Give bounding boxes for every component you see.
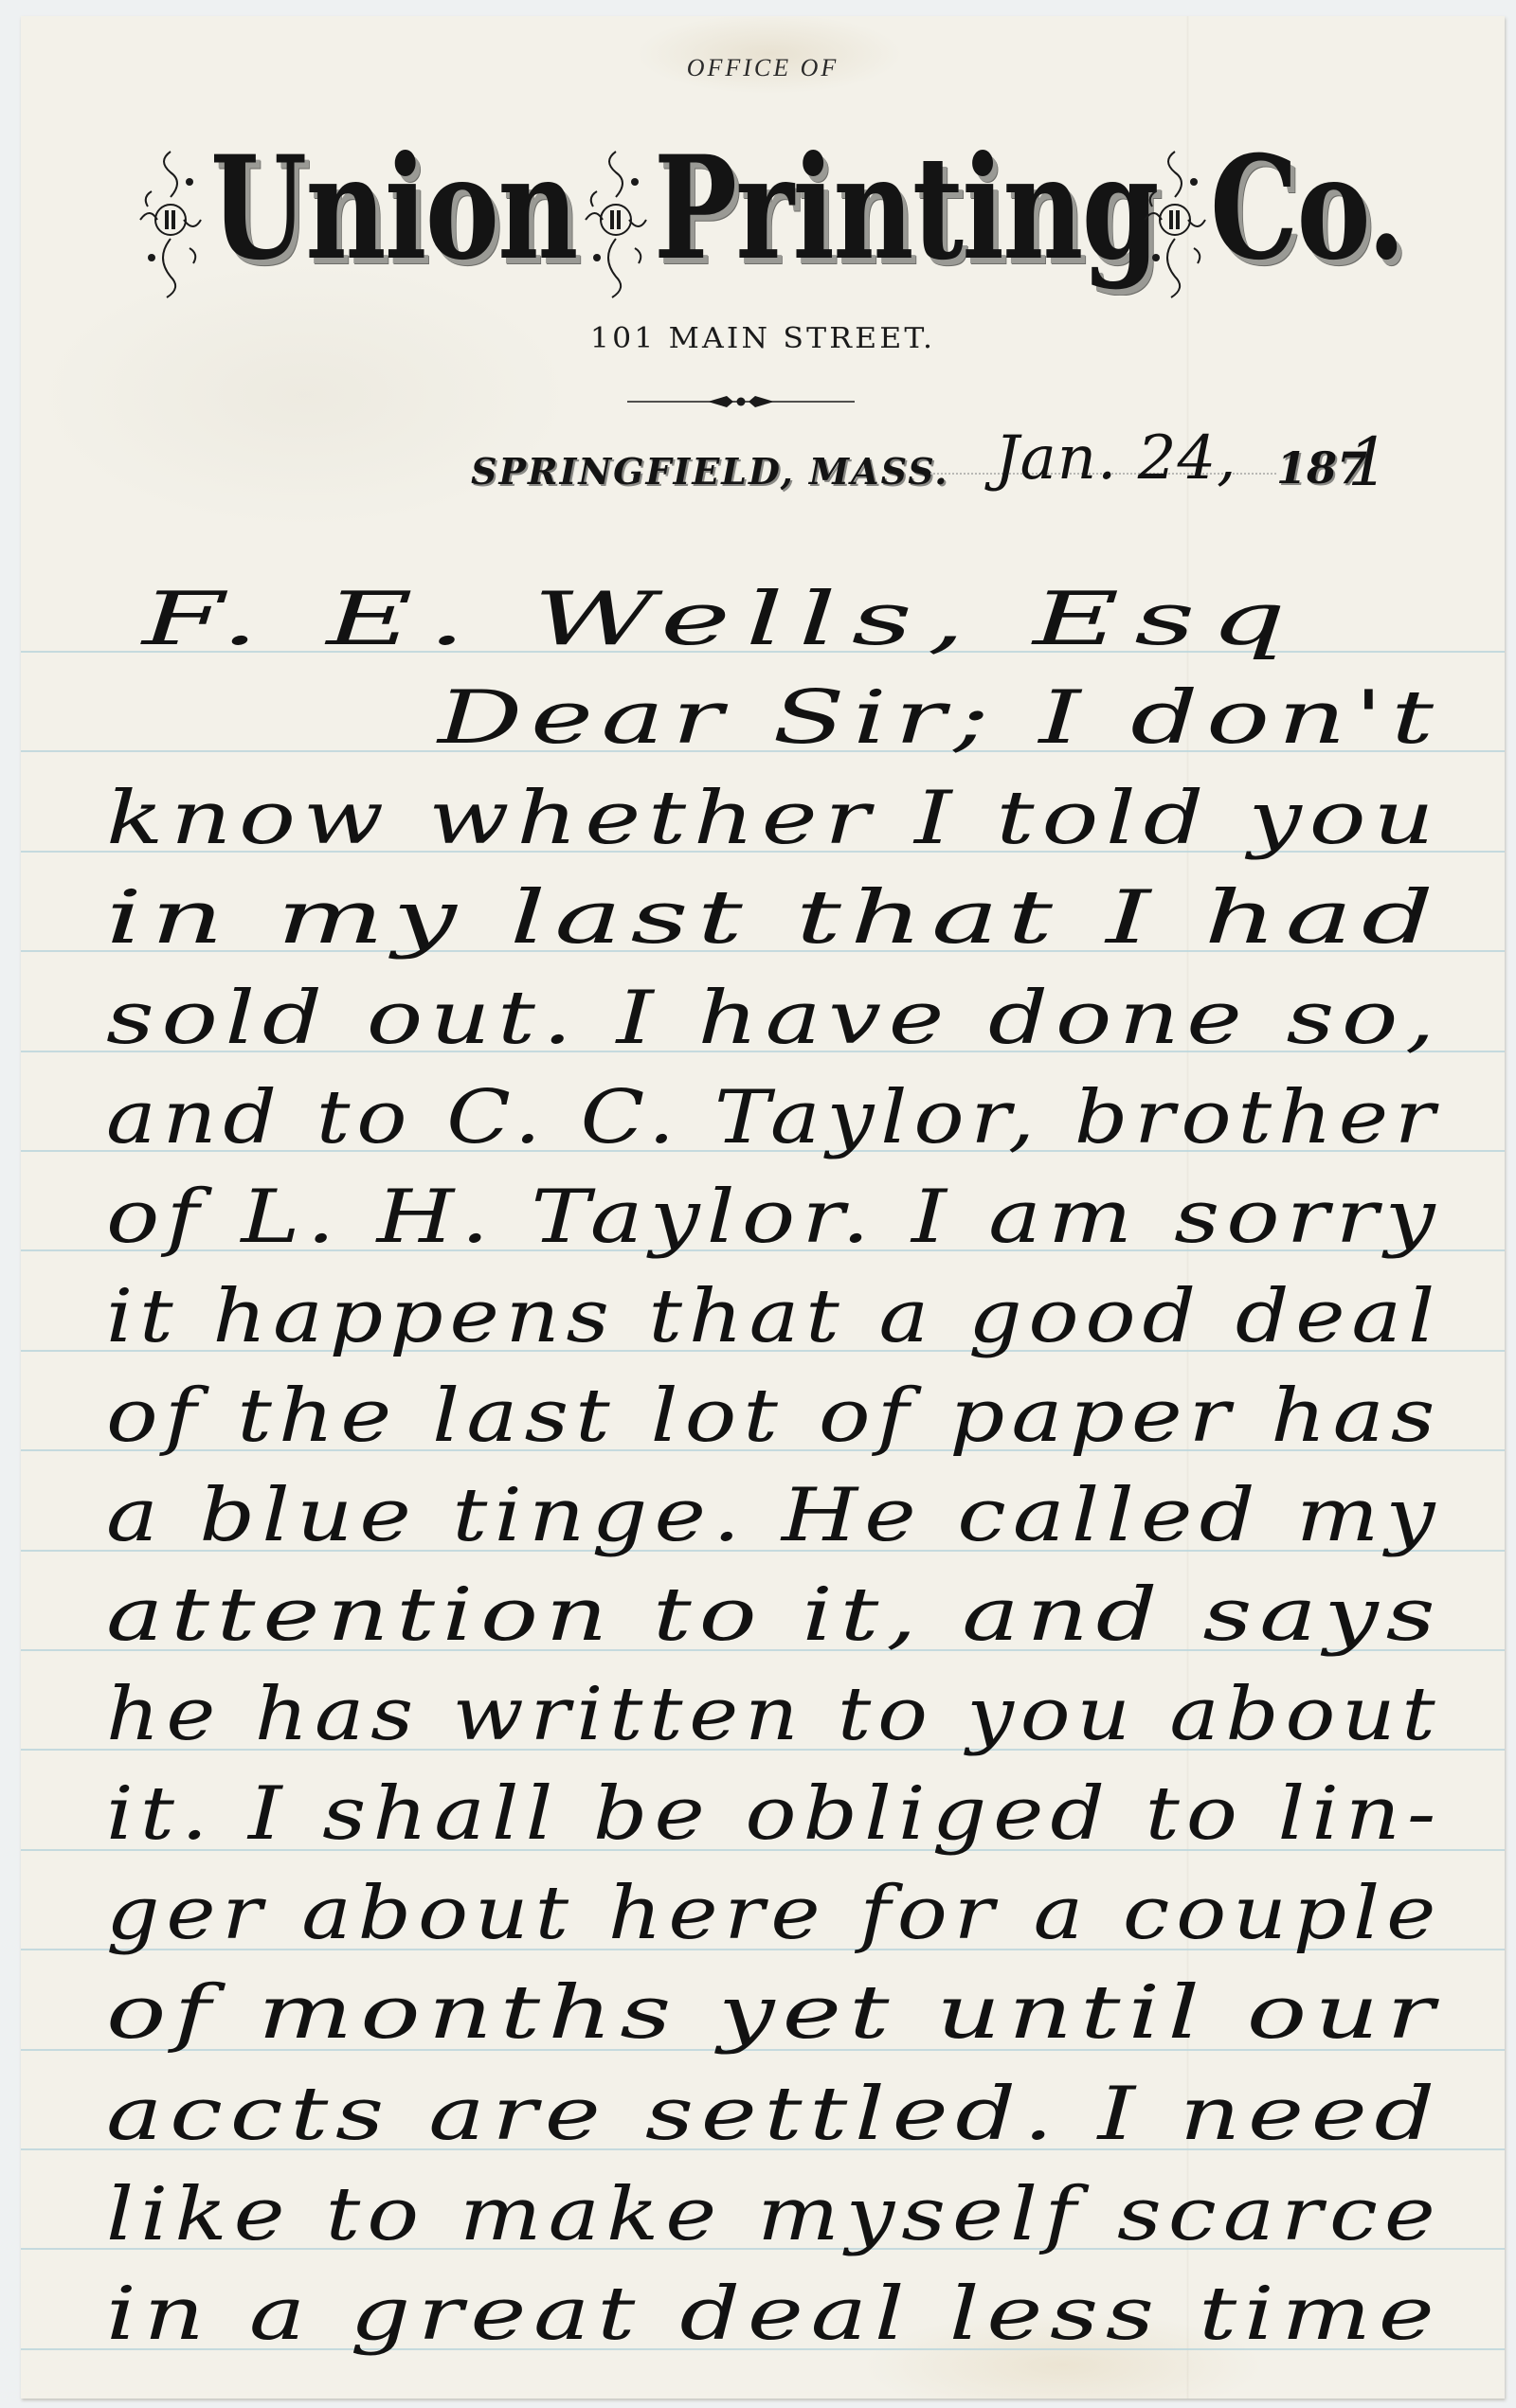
diamond-dot-divider-icon — [627, 393, 855, 410]
handwritten-year-digit: 1 — [1347, 423, 1391, 501]
letterhead-office-of: OFFICE OF — [21, 54, 1505, 82]
letter-line: sold out. I have done so, — [106, 976, 1442, 1061]
flourish-ornament-icon — [578, 144, 654, 300]
letter-line: know whether I told you — [106, 776, 1441, 861]
recipient-name: F. E. Wells, Esq — [142, 577, 1301, 662]
flourish-ornament-icon — [1137, 144, 1213, 300]
letter-line: a blue tinge. He called my — [106, 1473, 1442, 1558]
letter-line: of L. H. Taylor. I am sorry — [106, 1175, 1442, 1260]
letter-line: Dear Sir; I don't — [438, 675, 1442, 761]
company-name-co: Co. — [1210, 118, 1404, 298]
letterhead-address: 101 MAIN STREET. — [21, 322, 1505, 355]
handwritten-date: Jan. 24, — [995, 423, 1237, 494]
letter-line: it. I shall be obliged to lin- — [106, 1771, 1442, 1857]
letter-line: of the last lot of paper has — [106, 1374, 1441, 1459]
letter-line: like to make myself scarce — [106, 2172, 1442, 2257]
company-name-printing: Printing — [654, 118, 1158, 298]
letter-sheet: OFFICE OF Union Printing — [21, 16, 1505, 2399]
letter-line: he has written to you about — [106, 1672, 1441, 1757]
letter-line: of months yet until our — [106, 1970, 1442, 2056]
letterhead-place: SPRINGFIELD, MASS. — [471, 450, 949, 493]
letter-line: accts are settled. I need — [106, 2072, 1442, 2157]
letter-line: in my last that I had — [106, 875, 1442, 961]
letter-line: and to C. C. Taylor, brother — [106, 1075, 1441, 1160]
scan-stage: OFFICE OF Union Printing — [0, 0, 1516, 2408]
company-name-union: Union — [210, 118, 577, 298]
letter-line: ger about here for a couple — [106, 1871, 1442, 1956]
letter-line: attention to it, and says — [106, 1572, 1442, 1658]
flourish-ornament-icon — [133, 144, 208, 300]
letter-line: in a great deal less time — [106, 2272, 1441, 2357]
letter-line: it happens that a good deal — [106, 1274, 1441, 1359]
